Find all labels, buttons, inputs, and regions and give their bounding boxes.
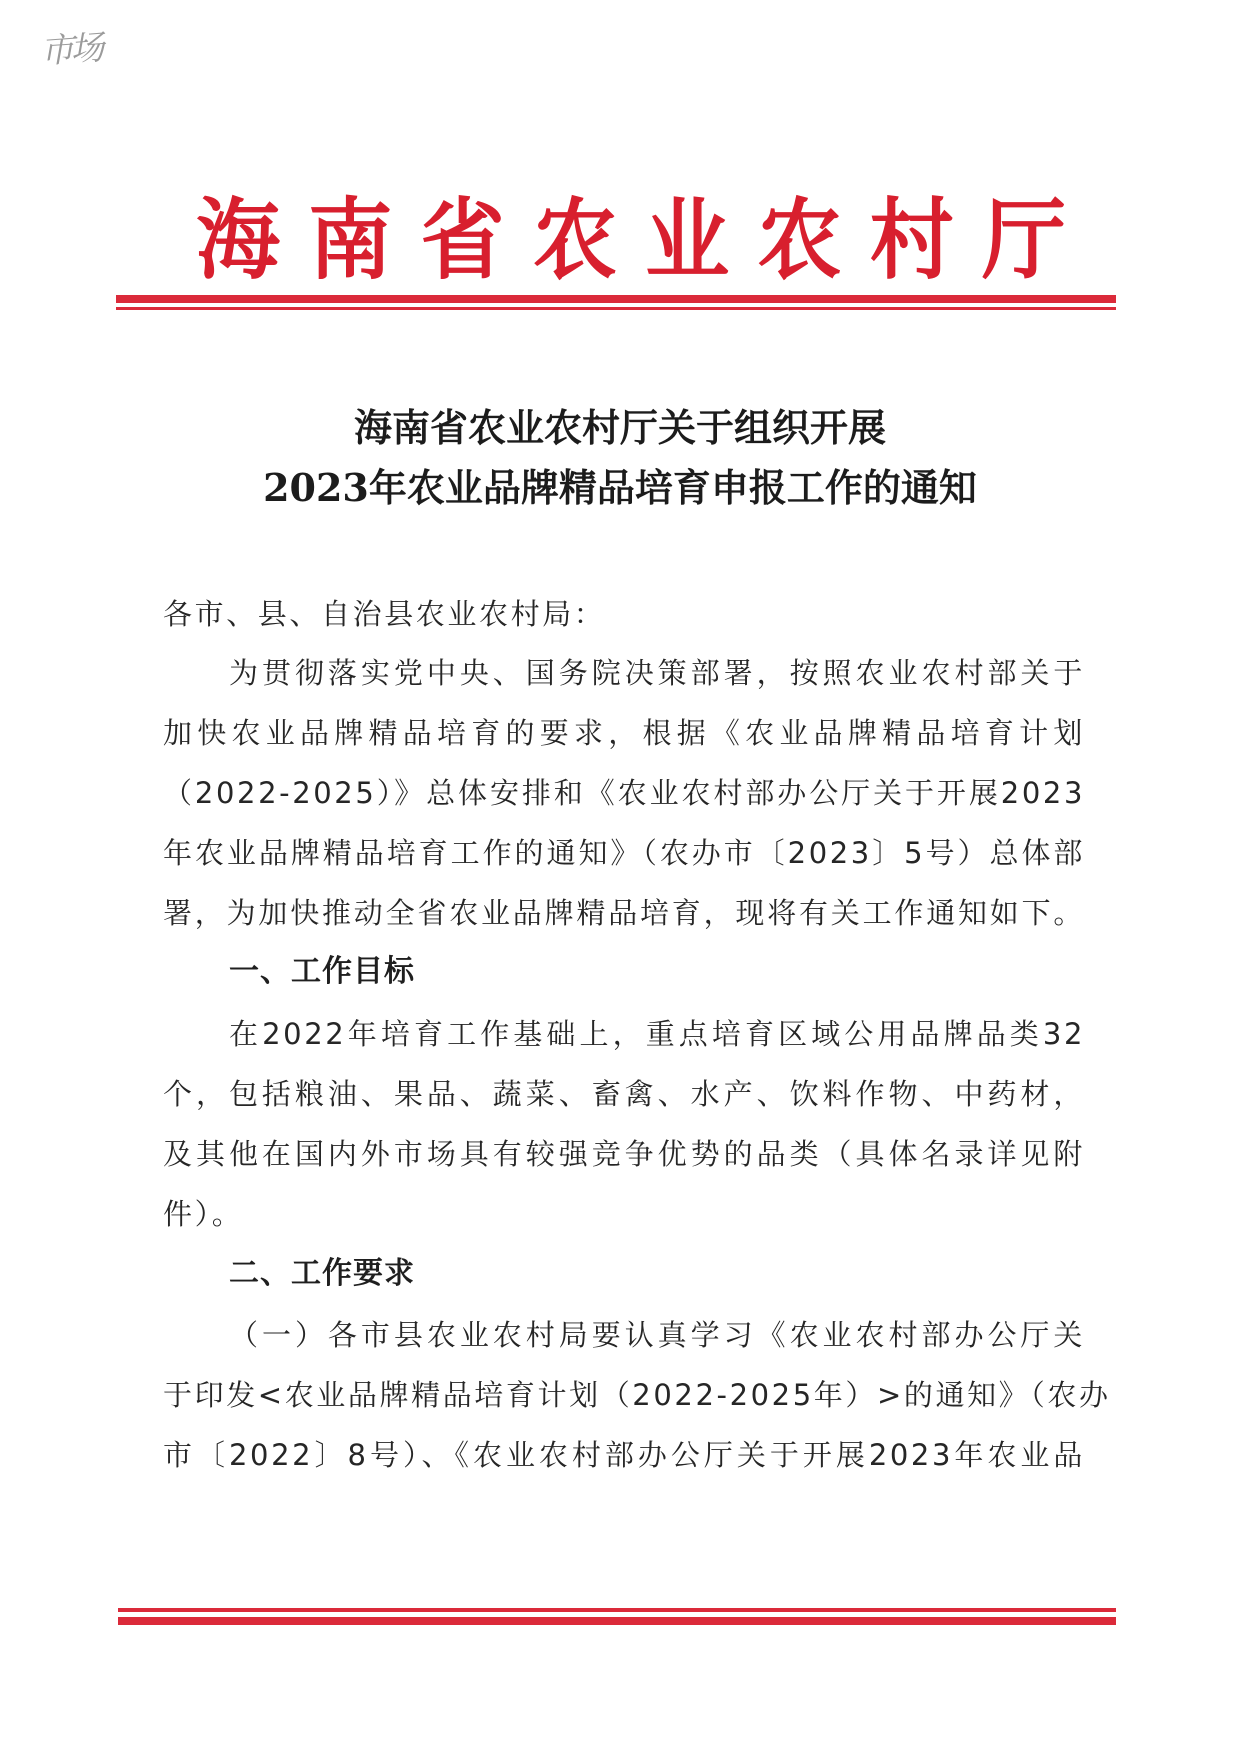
masthead-char: 省 [421, 190, 505, 291]
paragraph-line: 为贯彻落实党中央、国务院决策部署，按照农业农村部关于 [229, 655, 1085, 691]
document-page: 市场 海 南 省 农 业 农 村 厅 海南省农业农村厅关于组织开展 2023年农… [0, 0, 1240, 1754]
masthead-rule-thin [116, 307, 1116, 310]
masthead-char: 农 [757, 190, 841, 291]
masthead-char: 南 [308, 190, 392, 291]
masthead-rule-thick [116, 295, 1116, 303]
section-heading-goals: 一、工作目标 [229, 954, 415, 990]
paragraph-line: 署，为加快推动全省农业品牌精品培育，现将有关工作通知如下。 [163, 895, 1085, 931]
paragraph-line: 个，包括粮油、果品、蔬菜、畜禽、水产、饮料作物、中药材， [163, 1076, 1085, 1112]
footer-rule-thick [118, 1617, 1116, 1625]
paragraph-line: 件）。 [163, 1196, 1085, 1232]
paragraph-line: 年农业品牌精品培育工作的通知》（农办市〔2023〕5号）总体部 [163, 835, 1085, 871]
footer-rule-thin [118, 1608, 1116, 1612]
paragraph-line: 及其他在国内外市场具有较强竞争优势的品类（具体名录详见附 [163, 1136, 1085, 1172]
paragraph-line: 加快农业品牌精品培育的要求，根据《农业品牌精品培育计划 [163, 715, 1085, 751]
masthead-char: 农 [533, 190, 617, 291]
paragraph-line: 市〔2022〕8号）、《农业农村部办公厅关于开展2023年农业品 [163, 1437, 1085, 1473]
paragraph-line: 在2022年培育工作基础上，重点培育区域公用品牌品类32 [229, 1016, 1085, 1052]
organization-masthead: 海 南 省 农 业 农 村 厅 [116, 192, 1116, 288]
paragraph-line: 于印发<农业品牌精品培育计划（2022-2025年）>的通知》（农办 [163, 1377, 1085, 1413]
masthead-char: 业 [645, 190, 729, 291]
masthead-char: 厅 [982, 190, 1066, 291]
paragraph-line: （一）各市县农业农村局要认真学习《农业农村部办公厅关 [229, 1317, 1085, 1353]
masthead-char: 村 [870, 190, 954, 291]
salutation: 各市、县、自治县农业农村局： [163, 596, 1085, 632]
document-title-line-2: 2023年农业品牌精品培育申报工作的通知 [0, 466, 1240, 510]
paragraph-line: （2022-2025）》总体安排和《农业农村部办公厅关于开展2023 [163, 775, 1085, 811]
handwritten-annotation: 市场 [38, 20, 101, 73]
masthead-char: 海 [196, 190, 280, 291]
document-title-line-1: 海南省农业农村厅关于组织开展 [0, 406, 1240, 450]
section-heading-requirements: 二、工作要求 [229, 1256, 415, 1292]
